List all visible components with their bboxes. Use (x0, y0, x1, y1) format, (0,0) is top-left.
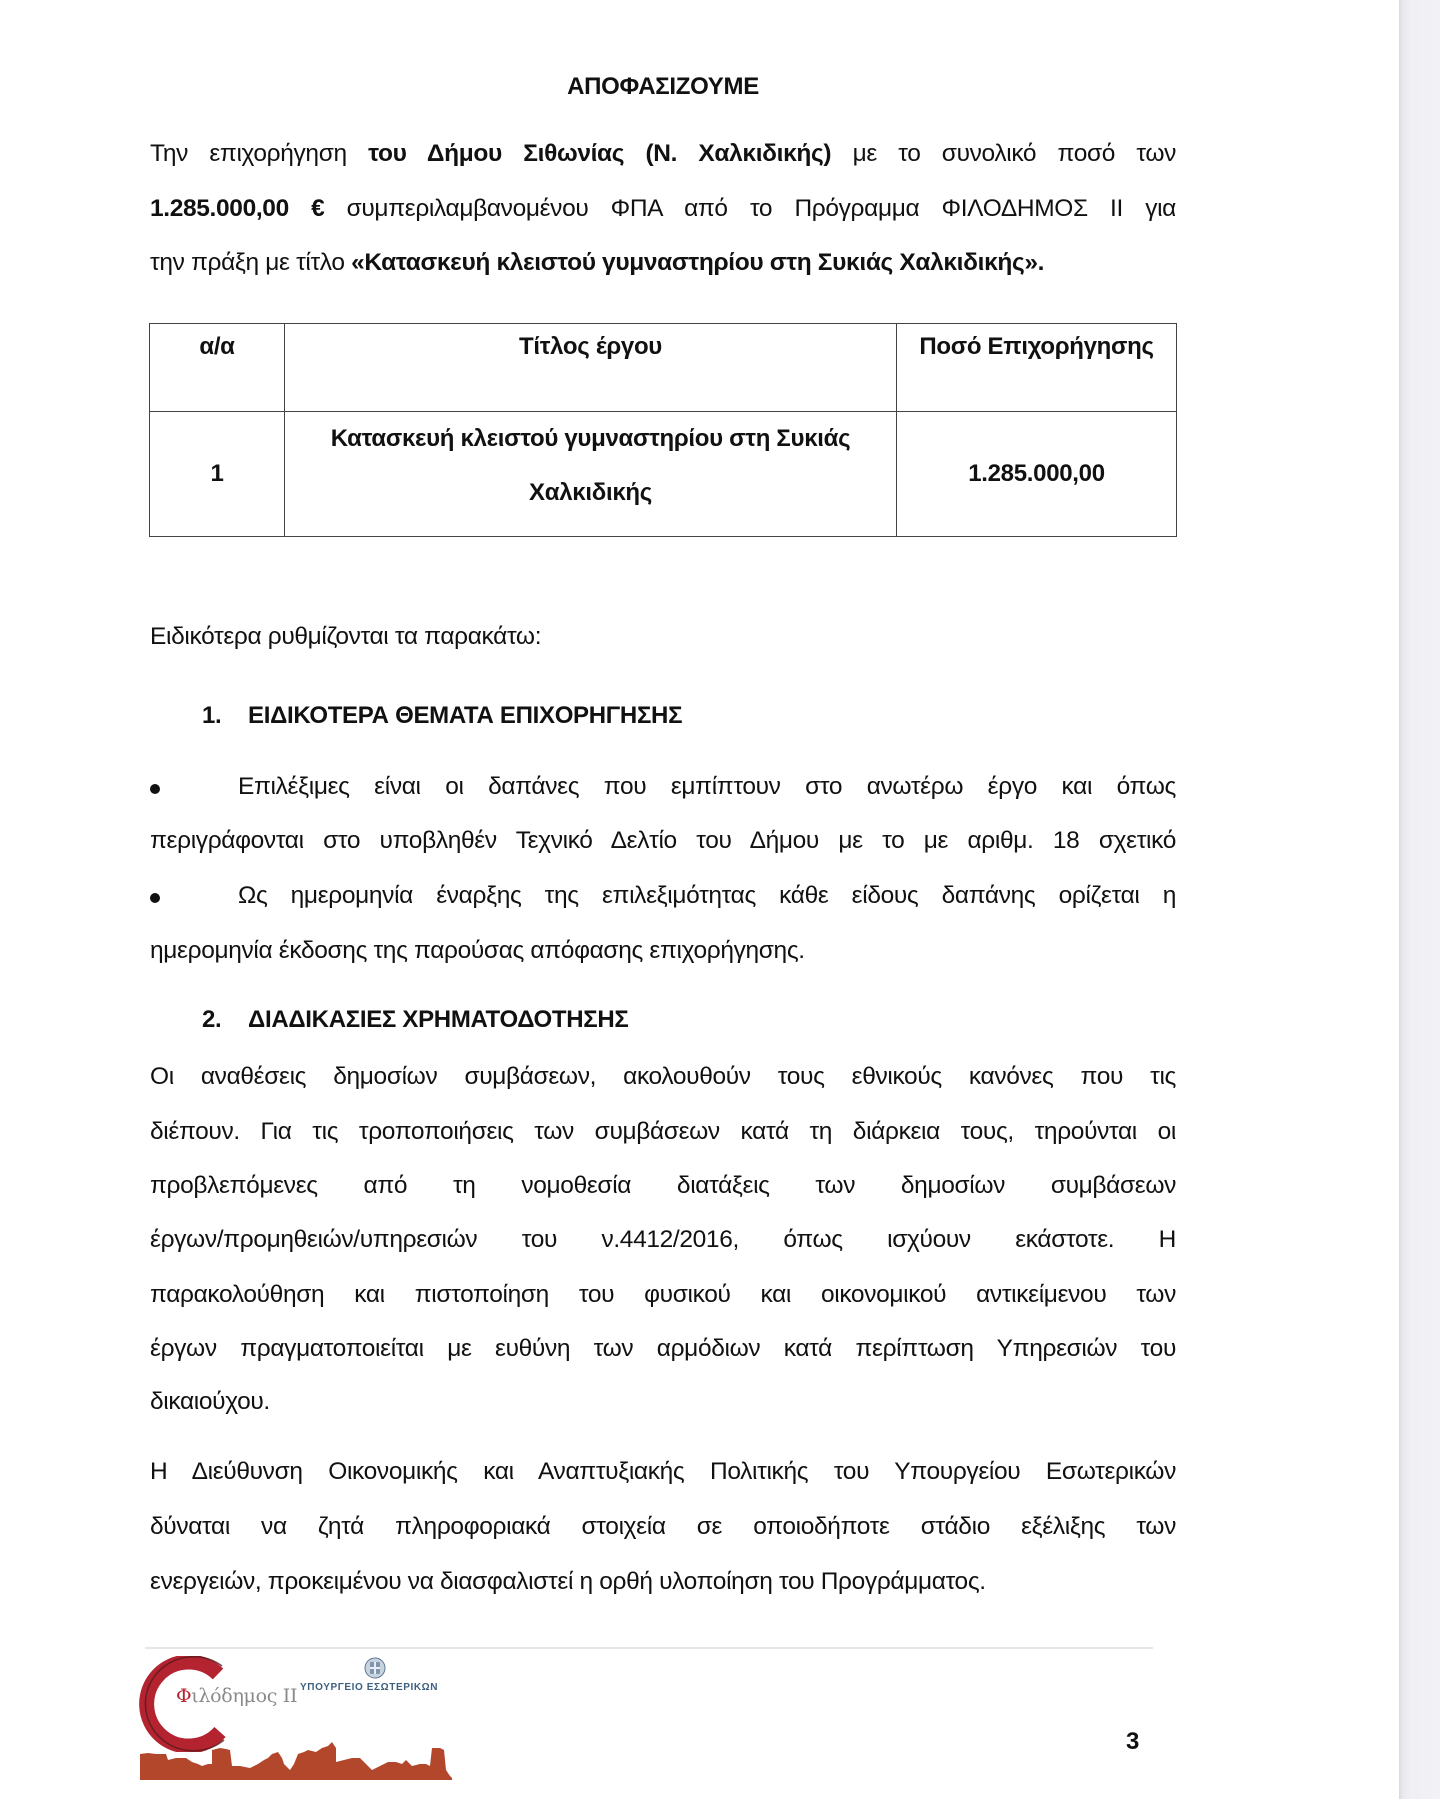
intro-text: με το συνολικό ποσό των (831, 140, 1176, 167)
column-header-project-title: Τίτλος έργου (285, 324, 897, 412)
cell-grant-amount: 1.285.000,00 (897, 412, 1177, 537)
page-number: 3 (1126, 1727, 1139, 1757)
bullet-2-line-1: Ως ημερομηνία έναρξης της επιλεξιμότητας… (238, 879, 1176, 913)
decision-title: ΑΠΟΦΑΣΙΖΟΥΜΕ (150, 70, 1176, 104)
paragraph-line: δικαιούχου. (150, 1385, 1176, 1419)
bullet-1-line-1: Επιλέξιμες είναι οι δαπάνες που εμπίπτου… (238, 770, 1176, 804)
document-page: ΑΠΟΦΑΣΙΖΟΥΜΕ Την επιχορήγηση του Δήμου Σ… (0, 0, 1399, 1799)
paragraph-line: παρακολούθηση και πιστοποίηση του φυσικο… (150, 1278, 1176, 1312)
intro-text: Την επιχορήγηση (150, 140, 368, 167)
intro-line-1: Την επιχορήγηση του Δήμου Σιθωνίας (Ν. Χ… (150, 137, 1176, 171)
project-title-line-2: Χαλκιδικής (285, 466, 896, 520)
column-header-aa: α/α (150, 324, 285, 412)
ministry-name: ΥΠΟΥΡΓΕΙΟ ΕΣΩΤΕΡΙΚΩΝ (300, 1681, 438, 1695)
intro-line-3: την πράξη με τίτλο «Κατασκευή κλειστού γ… (150, 246, 1176, 280)
bullet-1-line-2: περιγράφονται στο υποβληθέν Τεχνικό Δελτ… (150, 824, 1176, 858)
intro-text: την πράξη με τίτλο (150, 249, 351, 276)
viewer-side-gutter (1399, 0, 1440, 1799)
footer-divider (145, 1647, 1153, 1649)
paragraph-line: ενεργειών, προκειμένου να διασφαλιστεί η… (150, 1565, 1176, 1599)
greek-emblem-icon (364, 1657, 386, 1679)
program-logo-text: Φιλόδημος ΙΙ (176, 1685, 297, 1707)
intro-line-2: 1.285.000,00 € συμπεριλαμβανομένου ΦΠΑ α… (150, 192, 1176, 226)
project-title-line-1: Κατασκευή κλειστού γυμναστηρίου στη Συκι… (285, 412, 896, 466)
grant-table: α/α Τίτλος έργου Ποσό Επιχορήγησης 1 Κατ… (149, 323, 1177, 537)
section-heading-text: ΕΙΔΙΚΟΤΕΡΑ ΘΕΜΑΤΑ ΕΠΙΧΟΡΗΓΗΣΗΣ (248, 702, 682, 729)
paragraph-line: Η Διεύθυνση Οικονομικής και Αναπτυξιακής… (150, 1455, 1176, 1489)
section-number: 1. (202, 699, 248, 733)
table-header-row: α/α Τίτλος έργου Ποσό Επιχορήγησης (150, 324, 1177, 412)
project-title: «Κατασκευή κλειστού γυμναστηρίου στη Συκ… (351, 249, 1044, 276)
bullet-icon (150, 784, 160, 794)
bullet-2-line-2: ημερομηνία έκδοσης της παρούσας απόφασης… (150, 934, 1176, 968)
paragraph-line: έργων/προμηθειών/υπηρεσιών του ν.4412/20… (150, 1223, 1176, 1257)
section-heading-text: ΔΙΑΔΙΚΑΣΙΕΣ ΧΡΗΜΑΤΟΔΟΤΗΣΗΣ (248, 1006, 629, 1033)
paragraph-line: Οι αναθέσεις δημοσίων συμβάσεων, ακολουθ… (150, 1060, 1176, 1094)
column-header-grant-amount: Ποσό Επιχορήγησης (897, 324, 1177, 412)
paragraph-line: έργων πραγματοποιείται με ευθύνη των αρμ… (150, 1332, 1176, 1366)
program-logo-name: ιλόδημος ΙΙ (191, 1685, 297, 1707)
paragraph-line: δύναται να ζητά πληροφοριακά στοιχεία σε… (150, 1510, 1176, 1544)
specifics-intro: Ειδικότερα ρυθμίζονται τα παρακάτω: (150, 620, 1176, 654)
section-2-heading: 2.ΔΙΑΔΙΚΑΣΙΕΣ ΧΡΗΜΑΤΟΔΟΤΗΣΗΣ (202, 1003, 629, 1037)
section-number: 2. (202, 1003, 248, 1037)
bullet-icon (150, 893, 160, 903)
municipality-name: του Δήμου Σιθωνίας (Ν. Χαλκιδικής) (368, 140, 831, 167)
paragraph-line: διέπουν. Για τις τροποποιήσεις των συμβά… (150, 1115, 1176, 1149)
grant-amount: 1.285.000,00 € (150, 195, 324, 222)
intro-text: συμπεριλαμβανομένου ΦΠΑ από το Πρόγραμμα… (324, 195, 1176, 222)
city-skyline-icon (140, 1740, 455, 1784)
table-row: 1 Κατασκευή κλειστού γυμναστηρίου στη Συ… (150, 412, 1177, 537)
cell-project-title: Κατασκευή κλειστού γυμναστηρίου στη Συκι… (285, 412, 897, 537)
program-logo-initial: Φ (176, 1685, 191, 1707)
section-1-heading: 1.ΕΙΔΙΚΟΤΕΡΑ ΘΕΜΑΤΑ ΕΠΙΧΟΡΗΓΗΣΗΣ (202, 699, 682, 733)
cell-aa: 1 (150, 412, 285, 537)
paragraph-line: προβλεπόμενες από τη νομοθεσία διατάξεις… (150, 1169, 1176, 1203)
